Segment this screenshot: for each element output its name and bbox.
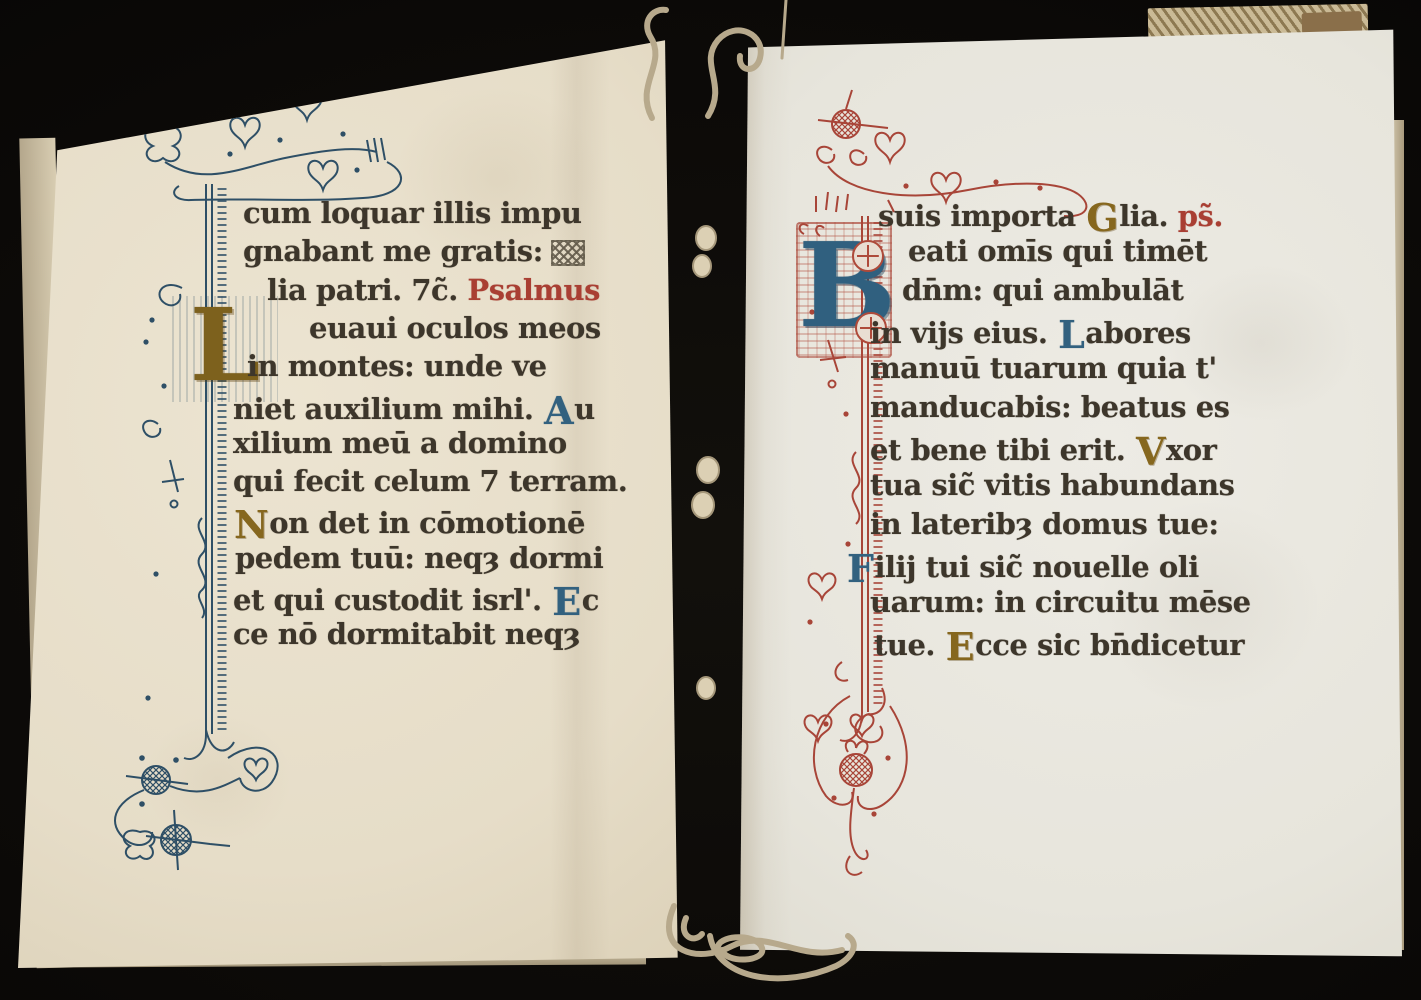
text-segment-ink: ilij tui sic̃ nouelle oli	[874, 550, 1198, 584]
manuscript-text-line: in lateribȝ domus tue:	[870, 507, 1219, 541]
manuscript-text-line: cum loquar illis impu	[243, 196, 581, 230]
right-page-text-block: suis importa Glia. ps̃.eati omīs qui tim…	[738, 25, 1408, 960]
text-segment-ink: ce nō dormitabit neqȝ	[233, 617, 580, 651]
text-segment-ink: xilium meū a domino	[233, 426, 567, 460]
right-page: B suis importa Glia. ps̃.eati omīs qui t…	[738, 25, 1408, 960]
text-segment-ink: cce sic bn̄dicetur	[975, 628, 1244, 662]
text-segment-ink: dn̄m: qui ambulāt	[902, 273, 1183, 307]
line-filler-ornament-icon	[551, 240, 585, 266]
text-segment-ink: in lateribȝ domus tue:	[870, 507, 1219, 541]
text-segment-ink: manuū tuarum quia t'	[870, 351, 1217, 385]
text-segment-ink: tue.	[874, 628, 945, 662]
text-segment-ink: lia patri. 7c̃.	[267, 273, 467, 307]
manuscript-text-line: euaui oculos meos	[309, 311, 601, 345]
text-segment-ink: qui fecit celum 7 terram.	[233, 464, 627, 498]
text-segment-ink: lia.	[1119, 199, 1178, 233]
text-segment-ink: suis importa	[878, 199, 1085, 233]
manuscript-text-line: qui fecit celum 7 terram.	[233, 464, 627, 498]
text-segment-ink: u	[574, 392, 595, 426]
manuscript-text-line: ce nō dormitabit neqȝ	[233, 617, 580, 651]
text-segment-ink: niet auxilium mihi.	[233, 392, 543, 426]
text-segment-ink: c	[582, 583, 599, 617]
manuscript-text-line: tua sic̃ vitis habundans	[870, 468, 1234, 502]
text-segment-red: ps̃.	[1178, 199, 1223, 233]
text-segment-ink: manducabis: beatus es	[870, 390, 1230, 424]
text-segment-ink: abores	[1085, 316, 1190, 350]
text-segment-ink: euaui oculos meos	[309, 311, 601, 345]
text-segment-ink: uarum: in circuitu mēse	[870, 585, 1251, 619]
manuscript-text-line: uarum: in circuitu mēse	[870, 585, 1251, 619]
manuscript-text-line: eati omīs qui timēt	[908, 234, 1207, 268]
manuscript-text-line: tue. Ecce sic bn̄dicetur	[874, 624, 1244, 669]
text-segment-ink: in vijs eius.	[870, 316, 1057, 350]
manuscript-photo: L cum loquar illis impugnabant me gratis…	[0, 0, 1421, 1000]
text-segment-gold: E	[946, 624, 974, 669]
manuscript-text-line: gnabant me gratis:	[243, 234, 585, 268]
text-segment-ink: cum loquar illis impu	[243, 196, 581, 230]
manuscript-text-line: dn̄m: qui ambulāt	[902, 273, 1183, 307]
manuscript-text-line: lia patri. 7c̃. Psalmus	[267, 273, 600, 307]
text-segment-ink: on det in cōmotionē	[269, 506, 585, 540]
manuscript-text-line: in montes: unde ve	[247, 349, 547, 383]
text-segment-ink: et bene tibi erit.	[870, 433, 1135, 467]
manuscript-text-line: xilium meū a domino	[233, 426, 567, 460]
manuscript-text-line: pedem tuū: neqȝ dormi	[235, 541, 603, 575]
left-page-text-block: cum loquar illis impugnabant me gratis:l…	[18, 28, 683, 968]
left-page: L cum loquar illis impugnabant me gratis…	[18, 28, 683, 968]
text-segment-ink: et qui custodit isrl'.	[233, 583, 551, 617]
text-segment-ink: gnabant me gratis:	[243, 234, 543, 268]
text-segment-ink: eati omīs qui timēt	[908, 234, 1207, 268]
text-segment-ink: xor	[1166, 433, 1216, 467]
text-segment-ink: tua sic̃ vitis habundans	[870, 468, 1234, 502]
manuscript-text-line: manuū tuarum quia t'	[870, 351, 1217, 385]
text-segment-ink: in montes: unde ve	[247, 349, 547, 383]
text-segment-ink: pedem tuū: neqȝ dormi	[235, 541, 603, 575]
manuscript-text-line: manducabis: beatus es	[870, 390, 1230, 424]
text-segment-red: Psalmus	[467, 273, 600, 307]
